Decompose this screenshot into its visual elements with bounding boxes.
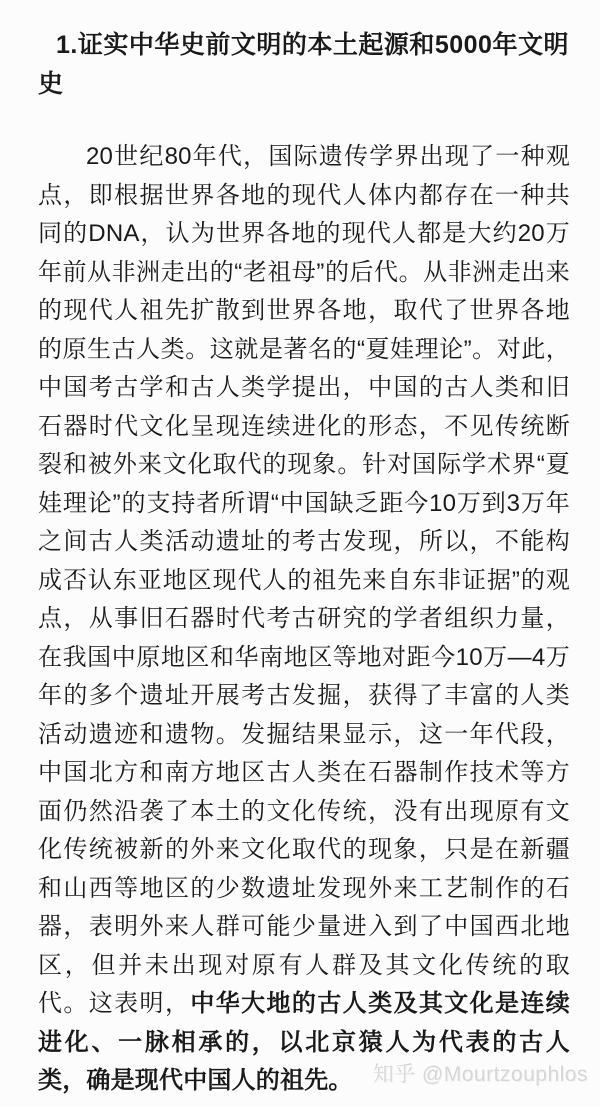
article-page: 1.证实中华史前文明的本土起源和5000年文明史 20世纪80年代，国际遗传学界… xyxy=(0,0,600,1107)
body-paragraph: 20世纪80年代，国际遗传学界出现了一种观点，即根据世界各地的现代人体内都存在一… xyxy=(38,138,570,1101)
zhihu-watermark: 知乎 @Mourtzouphlos xyxy=(373,1058,588,1088)
paragraph-normal-text: 20世纪80年代，国际遗传学界出现了一种观点，即根据世界各地的现代人体内都存在一… xyxy=(38,143,570,1017)
section-heading: 1.证实中华史前文明的本土起源和5000年文明史 xyxy=(38,26,570,104)
